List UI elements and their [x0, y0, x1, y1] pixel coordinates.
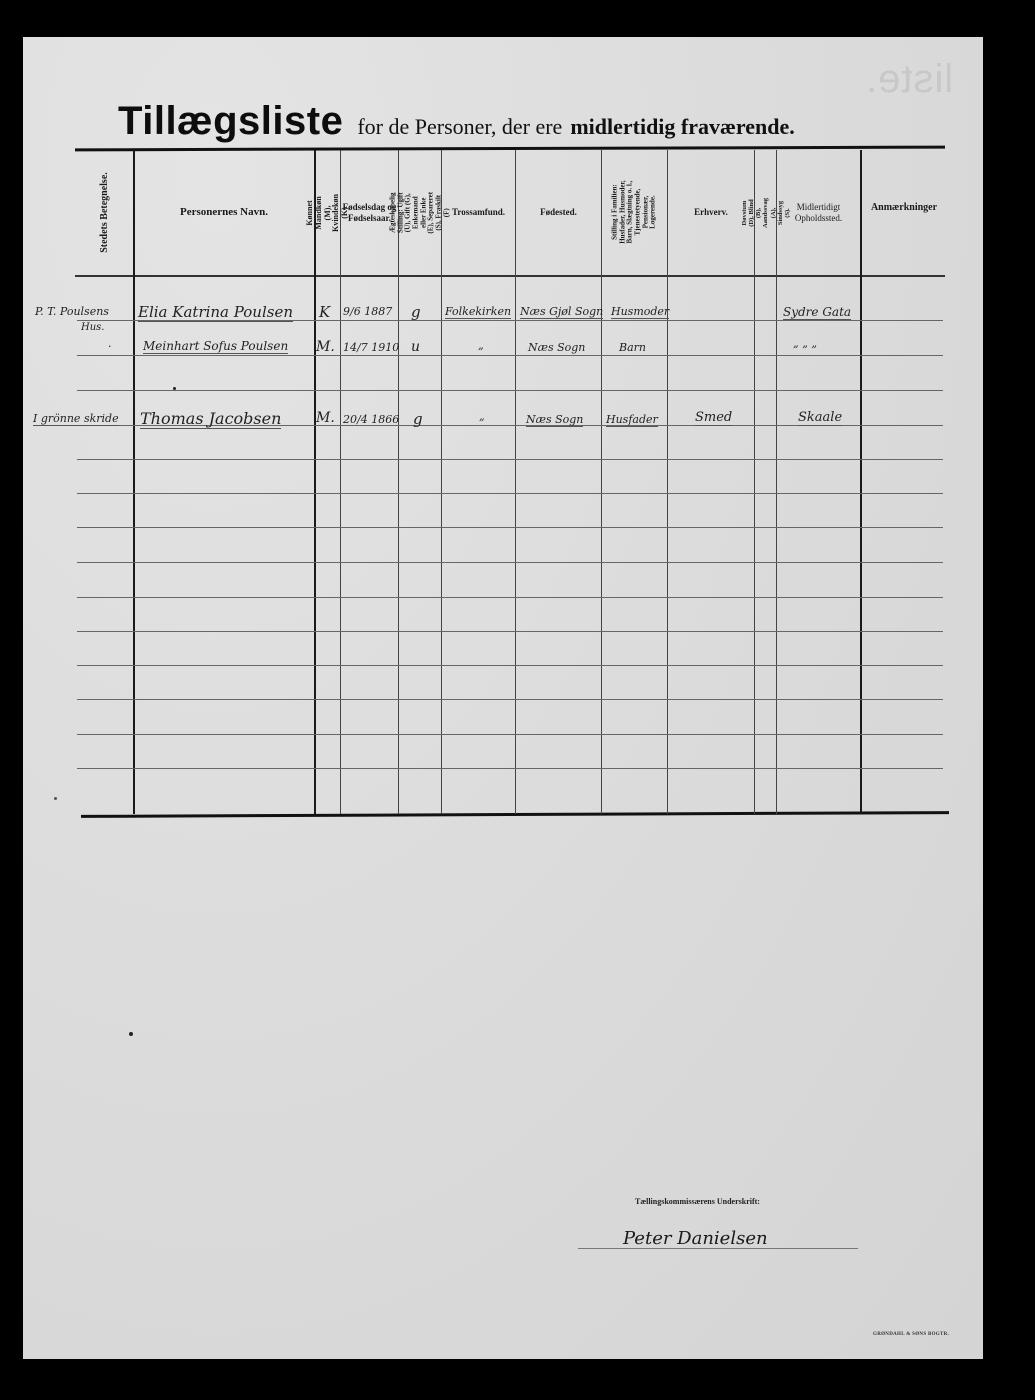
cell-stilling: Husmoder — [611, 305, 669, 319]
title-subtitle: for de Personer, der ere — [357, 114, 562, 139]
cell-sivil: g — [411, 303, 421, 321]
header-personernes-navn: Personernes Navn. — [134, 150, 314, 275]
header-stedets-betegnelse: Stedets Betegnelse. — [75, 150, 133, 275]
header-bottom-rule — [75, 275, 945, 277]
header-anmaerkninger: Anmærkninger — [861, 150, 947, 275]
cell-opholdssted: Skaale — [798, 410, 842, 426]
title-main: Tillægsliste — [118, 99, 343, 143]
ink-dot — [173, 387, 176, 390]
cell-kjon: K — [319, 303, 330, 321]
row-rule — [77, 768, 943, 769]
row-rule — [77, 493, 943, 494]
cell-navn: Meinhart Sofus Poulsen — [143, 339, 288, 354]
row-rule — [77, 527, 943, 528]
row-rule — [77, 734, 943, 735]
cell-tro: „ — [479, 410, 485, 423]
cell-tro: Folkekirken — [445, 305, 511, 319]
page-title: Tillægsliste for de Personer, der ere mi… — [118, 99, 795, 144]
cell-sted-line2: Hus. — [81, 322, 104, 333]
printer-mark: GRØNDAHL & SØNS BOGTR. — [873, 1332, 949, 1337]
cell-sivil: g — [413, 410, 423, 428]
header-stilling-i-familien: Stilling i Familien: Husfader, Husmoder,… — [602, 150, 667, 275]
cell-fodested: Næs Gjøl Sogn — [520, 305, 603, 319]
census-page: liste. Tillægsliste for de Personer, der… — [23, 37, 983, 1359]
signature-name: Peter Danielsen — [623, 1228, 768, 1249]
row-rule — [77, 355, 943, 356]
row-rule — [77, 390, 943, 391]
title-emphasis: midlertidig fraværende. — [570, 114, 794, 139]
signature-label: Tællingskommissærens Underskrift: — [635, 1197, 760, 1206]
cell-navn: Elia Katrina Poulsen — [138, 303, 293, 322]
cell-opholdssted: „ „ „ — [793, 337, 817, 350]
header-aegteskabelig-stilling: Ægteskabelig Stilling: Ugift (U), Gift (… — [399, 150, 441, 275]
punch-mark — [129, 1032, 133, 1036]
punch-mark — [54, 797, 57, 800]
cell-sted: P. T. Poulsens — [35, 305, 109, 318]
cell-stilling: Barn — [619, 341, 646, 354]
cell-opholdssted: Sydre Gata — [783, 305, 851, 320]
signature-line — [578, 1248, 858, 1249]
row-rule — [77, 459, 943, 460]
header-midlertidigt-opholdssted: Midlertidigt Opholdssted. — [777, 150, 860, 275]
cell-tro: „ — [478, 339, 484, 352]
cell-fodsel: 20/4 1866 — [343, 413, 399, 426]
row-rule — [77, 597, 943, 598]
row-rule — [77, 699, 943, 700]
row-rule — [77, 631, 943, 632]
cell-erhverv: Smed — [695, 410, 732, 426]
cell-fodested: Næs Sogn — [528, 341, 585, 354]
row-rule — [77, 562, 943, 563]
header-sansedefekter: Døvstum (D), Blind (B), Aandssvag (A), S… — [755, 150, 776, 275]
cell-kjon: M. — [316, 339, 335, 355]
cell-fodsel: 14/7 1910 — [343, 341, 399, 354]
bleed-through-text: liste. — [865, 57, 953, 102]
cell-kjon: M. — [316, 410, 335, 426]
cell-sivil: u — [411, 339, 420, 355]
header-kjonnet: Kønnet Mandkøn (M), Kvindekøn (K) — [315, 150, 340, 275]
cell-sted: . — [108, 337, 112, 350]
header-trossamfund: Trossamfund. — [442, 150, 515, 275]
cell-fodsel: 9/6 1887 — [343, 305, 392, 318]
cell-fodested: Næs Sogn — [526, 413, 583, 427]
row-rule — [77, 665, 943, 666]
cell-navn: Thomas Jacobsen — [140, 409, 281, 429]
header-fodested: Fødested. — [516, 150, 601, 275]
cell-sted: I grönne skride — [33, 412, 119, 426]
cell-stilling: Husfader — [606, 413, 658, 427]
